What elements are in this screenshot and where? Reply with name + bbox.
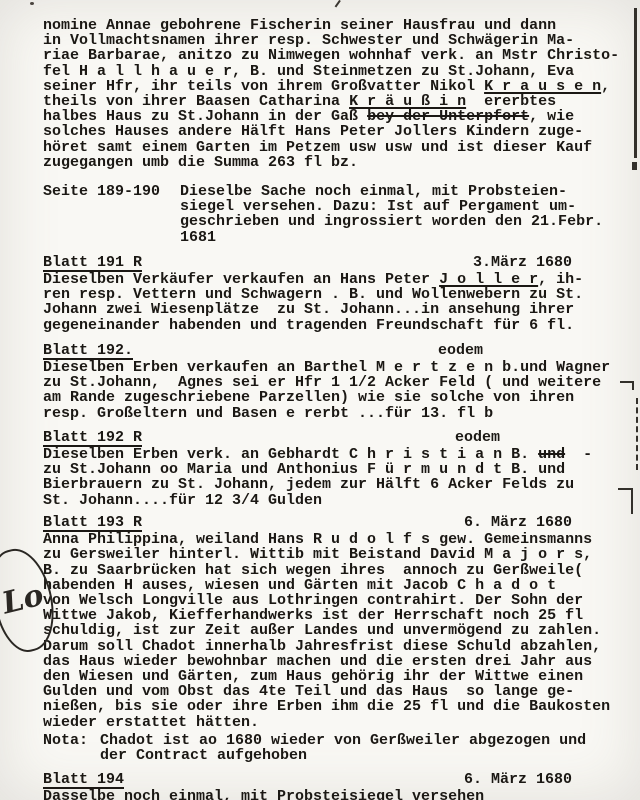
text-line: Dieselbe Sache noch einmal, mit Probstei… <box>180 184 603 199</box>
entry-heading: Blatt 192 R <box>43 430 142 447</box>
text-line: schuldig, ist zur Zeit außer Landes und … <box>43 623 580 638</box>
scan-speck <box>30 2 34 5</box>
entry-label: Nota: <box>43 733 100 763</box>
entry-date: eodem <box>438 343 483 358</box>
entry-date: eodem <box>455 430 500 445</box>
text-segment: resp. Großeltern und Basen e rerbt ...fü… <box>43 405 493 422</box>
text-line: habenden H auses, wiesen und Gärten mit … <box>43 578 580 593</box>
text-line: Dasselbe noch einmal, mit Probsteisiegel… <box>43 789 580 800</box>
text-line: siegel versehen. Dazu: Ist auf Pergament… <box>180 199 603 214</box>
text-line: seiner Hfr, ihr teils von ihrem Großvatt… <box>43 79 580 94</box>
entry-heading: Blatt 194 <box>43 772 124 789</box>
text-line: ren resp. Vettern und Schwagern . B. und… <box>43 287 580 302</box>
entry-heading: Blatt 191 R <box>43 255 142 272</box>
text-line: geschrieben und ingrossiert worden den 2… <box>180 214 603 229</box>
blatt-192R-entry: Blatt 192 ReodemDieselben Erben verk. an… <box>43 430 580 508</box>
text-line: Dieselben Verkäufer verkaufen an Hans Pe… <box>43 272 580 287</box>
text-line: Bierbrauern zu St. Johann, jedem zur Häl… <box>43 477 580 492</box>
margin-note-text: Lo <box>1 588 45 613</box>
right-margin-corner-mark <box>618 488 633 514</box>
text-line: 1681 <box>180 230 603 245</box>
blatt-194-entry: Blatt 1946. März 1680Dasselbe noch einma… <box>43 772 580 800</box>
text-line: nießen, bis sie oder ihre Erben ihm die … <box>43 699 580 714</box>
text-line: von Welsch Longville aus Lothringen cont… <box>43 593 580 608</box>
scanned-document-page: nomine Annae gebohrene Fischerin seiner … <box>0 0 640 800</box>
text-segment: zugegangen umb die Summa 263 fl bz. <box>43 154 358 171</box>
text-line: gegeneinander habenden und tragenden Fre… <box>43 318 580 333</box>
text-line: Johann zwei Wiesenplätze zu St. Johann..… <box>43 302 580 317</box>
text-line: Wittwe Jakob, Kiefferhandwerks ist der H… <box>43 608 580 623</box>
entry-heading-row: Blatt 193 R6. März 1680 <box>43 515 580 532</box>
text-line: nomine Annae gebohrene Fischerin seiner … <box>43 18 580 33</box>
text-segment: der Contract aufgehoben <box>100 747 307 764</box>
blatt-193R-entry: Blatt 193 R6. März 1680Anna Philippina, … <box>43 515 580 730</box>
text-line: Gulden und vom Obst das 4te Teil und das… <box>43 684 580 699</box>
text-line: resp. Großeltern und Basen e rerbt ...fü… <box>43 406 580 421</box>
labeled-row: Seite 189-190Dieselbe Sache noch einmal,… <box>43 184 580 245</box>
seite-189-190-entry: Seite 189-190Dieselbe Sache noch einmal,… <box>43 184 580 245</box>
right-margin-dashed-line <box>636 398 638 470</box>
entry-date: 6. März 1680 <box>464 772 572 787</box>
text-line: theils von ihrer Baasen Catharina K r ä … <box>43 94 580 109</box>
nota-block: Nota: Chadot ist ao 1680 wieder von Gerß… <box>43 733 580 763</box>
right-margin-bracket-mark <box>620 381 634 390</box>
entry-heading-row: Blatt 1946. März 1680 <box>43 772 580 789</box>
text-line: zu St.Johann, Agnes sei er Hfr 1 1/2 Ack… <box>43 375 580 390</box>
text-line: in Vollmachtsnamen ihrer resp. Schwester… <box>43 33 580 48</box>
text-line: Anna Philippina, weiland Hans R u d o l … <box>43 532 580 547</box>
text-line: zu St.Johann oo Maria und Anthonius F ü … <box>43 462 580 477</box>
entry-text-column: Dieselbe Sache noch einmal, mit Probstei… <box>180 184 603 245</box>
right-margin-line-tick <box>632 162 637 170</box>
entry-date: 3.März 1680 <box>473 255 572 270</box>
blatt-192-entry: Blatt 192.eodemDieselben Erben verkaufen… <box>43 343 580 421</box>
text-line: Chadot ist ao 1680 wieder von Gerßweiler… <box>100 733 586 748</box>
entry-heading-row: Blatt 191 R3.März 1680 <box>43 255 580 272</box>
entry-date: 6. März 1680 <box>464 515 572 530</box>
text-line: riae Barbarae, anitzo zu Nimwegen wohnha… <box>43 48 580 63</box>
text-line: der Contract aufgehoben <box>100 748 586 763</box>
text-line: den Wiesen und Gärten, zum Haus gehörig … <box>43 669 580 684</box>
text-segment: Dasselbe noch einmal, mit Probsteisiegel… <box>43 788 484 800</box>
text-line: St. Johann....für 12 3/4 Gulden <box>43 493 580 508</box>
entry-heading-row: Blatt 192 Reodem <box>43 430 580 447</box>
text-line: Dieselben Erben verk. an Gebhardt C h r … <box>43 447 580 462</box>
text-line: solches Hauses andere Hälft Hans Peter J… <box>43 124 580 139</box>
text-line: Dieselben Erben verkaufen an Barthel M e… <box>43 360 580 375</box>
text-segment: , <box>601 78 610 95</box>
text-line: fel H a l l h a u e r, B. und Steinmetze… <box>43 64 580 79</box>
document-body: nomine Annae gebohrene Fischerin seiner … <box>0 0 640 800</box>
text-segment: 1681 <box>180 229 216 246</box>
text-line: B. zu Saarbrücken hat sich wegen ihres a… <box>43 563 580 578</box>
entry-heading: Blatt 192. <box>43 343 133 360</box>
right-margin-line <box>634 8 637 158</box>
text-line: höret samt einem Garten im Petzem usw us… <box>43 140 580 155</box>
text-line: am Rande zugeschriebene Parzellen) wie s… <box>43 390 580 405</box>
blatt-191R-entry: Blatt 191 R3.März 1680Dieselben Verkäufe… <box>43 255 580 333</box>
text-line: Darum soll Chadot innerhalb Jahresfrist … <box>43 639 580 654</box>
intro-paragraph: nomine Annae gebohrene Fischerin seiner … <box>43 18 580 170</box>
text-line: wieder erstattet hätten. <box>43 715 580 730</box>
text-segment: gegeneinander habenden und tragenden Fre… <box>43 317 574 334</box>
labeled-row: Nota: Chadot ist ao 1680 wieder von Gerß… <box>43 733 580 763</box>
text-segment: wieder erstattet hätten. <box>43 714 259 731</box>
text-segment: geschrieben und ingrossiert worden den 2… <box>180 213 603 230</box>
text-segment: - <box>565 446 592 463</box>
entry-label: Seite 189-190 <box>43 184 180 245</box>
text-line: halbes Haus zu St.Johann in der Gaß bey … <box>43 109 580 124</box>
entry-text-column: Chadot ist ao 1680 wieder von Gerßweiler… <box>100 733 586 763</box>
text-line: zugegangen umb die Summa 263 fl bz. <box>43 155 580 170</box>
text-line: zu Gersweiler hinterl. Wittib mit Beista… <box>43 547 580 562</box>
text-segment: St. Johann....für 12 3/4 Gulden <box>43 492 322 509</box>
text-line: das Haus wieder bewohnbar machen und die… <box>43 654 580 669</box>
entry-heading: Blatt 193 R <box>43 515 142 532</box>
entry-heading-row: Blatt 192.eodem <box>43 343 580 360</box>
